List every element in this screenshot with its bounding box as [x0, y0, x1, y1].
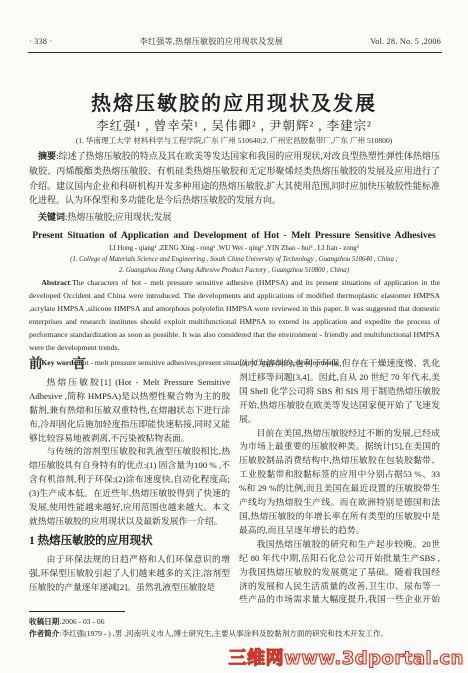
- article-title-en: Present Situation of Application and Dev…: [20, 230, 448, 241]
- affiliation-en-line2: 2. Guangzhou Hong Chang Adhesive Product…: [0, 266, 468, 277]
- column-right: 以水为溶剂的,也利于环保,但存在干燥速度慢、乳化剂迁移等问题[3,4]。因此,自…: [239, 357, 440, 621]
- abstract-en: Abstract:The characters of hot - melt pr…: [29, 276, 440, 355]
- section-1-heading: 1 热熔压敏胶的应用现状: [29, 535, 230, 549]
- received-date-text: :2006 - 03 - 06: [59, 617, 104, 626]
- abstract-block-cn: 摘要:综述了热熔压敏胶的特点及其在欧美等发达国家和我国的应用现状,对改良型热塑性…: [29, 149, 440, 225]
- paragraph: 由于环保法规的日趋严格和人们环保意识的增强,环保型压敏胶引起了人们越来越多的关注…: [29, 553, 230, 595]
- article-title-cn: 热熔压敏胶的应用现状及发展: [0, 87, 468, 116]
- page-number: · 338 ·: [29, 37, 52, 46]
- keywords-cn: 关键词:热熔压敏胶;应用现状;发展: [29, 210, 440, 225]
- received-date-label: 收稿日期: [29, 617, 59, 626]
- authors-cn: 李红强¹ , 曾幸荣¹ , 吴伟卿² , 尹朝辉² , 李建宗²: [0, 116, 468, 134]
- author-bio-text: :李红强(1979 - ) ,男 ,河南巩义市人,博士研究生,主要从事涂料及胶黏…: [59, 629, 388, 638]
- journal-page: · 338 · 李红强等,热熔压敏胶的应用现状及发展 Vol. 28. No. …: [0, 0, 468, 673]
- affiliation-cn: (1. 华南理工大学 材料科学与工程学院,广东 广州 510640;2. 广州宏…: [0, 135, 468, 146]
- running-head: · 338 · 李红强等,热熔压敏胶的应用现状及发展 Vol. 28. No. …: [29, 36, 441, 47]
- 3dportal-watermark: 三维网www.3dportal.cn: [229, 644, 464, 670]
- intro-heading: 前 言: [29, 357, 230, 371]
- paragraph: 与传统的溶剂型压敏胶和乳液型压敏胶相比,热熔压敏胶具有自身特有的优点:(1) 固…: [29, 445, 230, 528]
- column-left: 前 言 热熔压敏胶[1] (Hot - Melt Pressure Sensit…: [29, 357, 230, 621]
- issue-info: Vol. 28. No. 5 ,2006: [370, 37, 441, 46]
- body-columns: 前 言 热熔压敏胶[1] (Hot - Melt Pressure Sensit…: [29, 357, 441, 621]
- abstract-cn-text: :综述了热熔压敏胶的特点及其在欧美等发达国家和我国的应用现状,对改良型热塑性弹性…: [29, 151, 440, 205]
- author-bio-label: 作者简介: [29, 629, 59, 638]
- abstract-cn-label: 摘要: [38, 151, 56, 161]
- paragraph: 目前在美国,热熔压敏胶经过不断的发展,已经成为市场上最重要的压敏胶种类。据统计[…: [239, 427, 440, 538]
- abstract-cn: 摘要:综述了热熔压敏胶的特点及其在欧美等发达国家和我国的应用现状,对改良型热塑性…: [29, 149, 440, 208]
- abstract-en-label: Abstract: [41, 278, 70, 287]
- authors-en: LI Hong - qiang¹ ,ZENG Xing - rong¹ ,WU …: [0, 244, 468, 252]
- author-bio: 作者简介:李红强(1979 - ) ,男 ,河南巩义市人,博士研究生,主要从事涂…: [29, 628, 441, 640]
- paragraph: 热熔压敏胶[1] (Hot - Melt Pressure Sensitive …: [29, 376, 230, 446]
- abstract-en-text: :The characters of hot - melt pressure s…: [29, 278, 440, 352]
- paragraph: 以水为溶剂的,也利于环保,但存在干燥速度慢、乳化剂迁移等问题[3,4]。因此,自…: [239, 357, 440, 427]
- footnote-rule: [29, 611, 125, 612]
- keywords-cn-label: 关键词: [38, 212, 65, 222]
- keywords-cn-text: :热熔压敏胶;应用现状;发展: [65, 212, 172, 222]
- received-date: 收稿日期:2006 - 03 - 06: [29, 616, 441, 628]
- header-rule: [28, 52, 442, 53]
- running-title: 李红强等,热熔压敏胶的应用现状及发展: [140, 36, 283, 47]
- abstract-block-en: Abstract:The characters of hot - melt pr…: [29, 276, 440, 369]
- affiliation-en: (1. College of Materials Science and Eng…: [0, 255, 468, 276]
- affiliation-en-line1: (1. College of Materials Science and Eng…: [0, 255, 468, 266]
